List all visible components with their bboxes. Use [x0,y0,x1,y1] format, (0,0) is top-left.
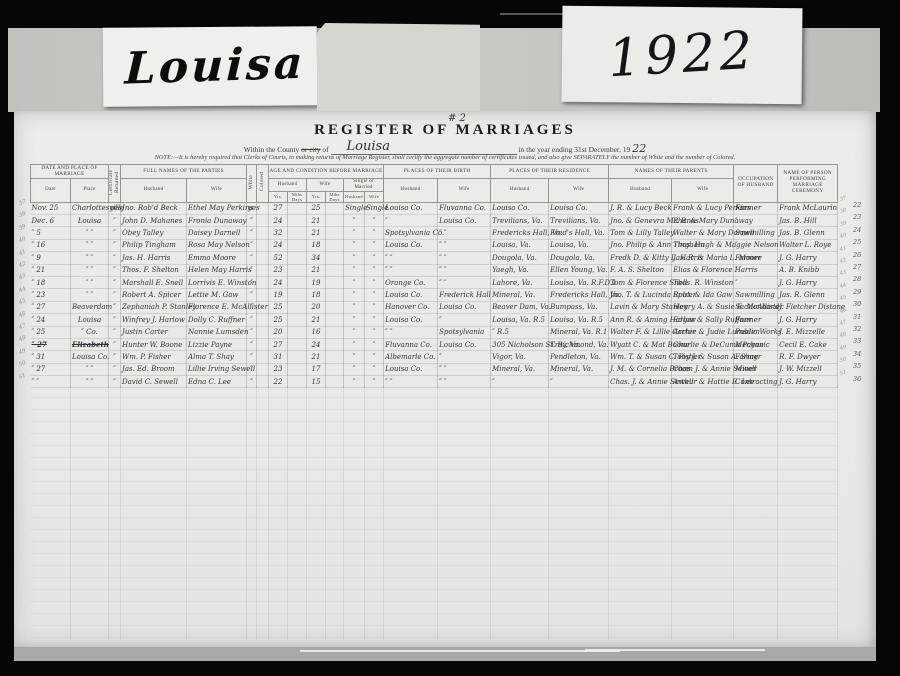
county-tab-label: Louisa [103,26,318,106]
cell-w_yrs: 21 [307,264,326,276]
cell-birth_h: Louisa Co. [384,314,438,326]
cell-single_h: Single [344,202,365,214]
cell-white: ″ [247,227,257,239]
cell-res_h: Beaver Dam, Va. [491,301,549,313]
cell-minister: Frank McLaurin [778,202,838,214]
cell-wife: Lizzie Payne [187,338,247,350]
cell-occupation: Miner [734,363,778,375]
column-rule [733,386,734,640]
cell-cert: ″ [109,252,121,264]
cell-occupation: Mechanic [734,338,778,350]
cell-single_w: ″ [365,227,384,239]
cell-white: ″ [247,338,257,350]
cell-cert: ″ [109,264,121,276]
cell-wife: Ethel May Perkins [187,202,247,214]
cell-par_h: Fredk D. & Kitty L. Harris [609,252,672,264]
cell-h_yrs: 27 [269,338,288,350]
certificate-number: 24 [853,226,861,234]
cell-par_w: Robt. & Ida Gaw [672,289,734,301]
register-row: Nov. 25CharlottesvilleyesJno. Rob'd Beck… [31,202,838,214]
certificate-number: 23 [853,213,861,221]
cell-minister: J. G. Harry [778,314,838,326]
cell-single_h: ″ [344,289,365,301]
cell-res_w: Ellen Young, Va. [549,264,609,276]
column-rule [437,386,438,640]
col-res-husband: Husband [491,179,549,203]
cell-wife: Dolly C. Ruffner [187,314,247,326]
cell-date: ″ 24 [31,314,71,326]
cell-w_yrs: 34 [307,252,326,264]
cell-h_md [288,215,307,227]
cell-cert: ″ [109,215,121,227]
cell-h_md [288,276,307,288]
cell-res_w: Fred's Hall, Va. [549,227,609,239]
cell-single_h: ″ [344,239,365,251]
cell-par_h: Wm. T. & Susan C. Fisher [609,351,672,363]
cell-white: ″ [247,314,257,326]
year-tab-label: 1922 [562,6,803,105]
column-rule [246,386,247,640]
cell-res_h: Yaegh, Va. [491,264,549,276]
col-h-mths-days: Mths Days [288,191,307,202]
year-prefix: in the year ending 31st December, 19 [518,145,630,154]
cell-res_h: Vigor, Va. [491,351,549,363]
cell-birth_w: Spotsylvania [438,326,491,338]
column-rule [120,386,121,640]
year-tab-text: 1922 [606,21,758,90]
cell-res_h: Louisa Co. [491,202,549,214]
cell-w_md [326,252,344,264]
cell-minister: Jas. B. Hill [778,215,838,227]
cell-birth_h: Louisa Co. [384,239,438,251]
cell-birth_h: Louisa Co. [384,289,438,301]
cell-cert: ″ [109,326,121,338]
cell-date: ″ 27 [31,363,71,375]
county-blank-line: Louisa [331,139,517,155]
license-number: 40 [839,232,847,240]
register-row: ″ 9″ ″″Jas. H. HarrisEmma Moore″5234″″″ … [31,252,838,264]
cell-birth_h: ″ ″ [384,326,438,338]
column-rule [186,386,187,640]
register-body: Nov. 25CharlottesvilleyesJno. Rob'd Beck… [31,202,838,388]
cell-par_w: Toby J. & Susan A. Shay [672,351,734,363]
cell-cert: ″ [109,338,121,350]
col-parents-husband: Husband [609,179,672,203]
cell-par_h: J. M. & Cornelia Broom [609,363,672,375]
cell-h_md [288,227,307,239]
cell-par_w: Thos. R. Winston [672,276,734,288]
cell-par_h: Lavin & Mary Stanley [609,301,672,313]
cell-minister: J. E. Mizzelle [778,326,838,338]
group-birth: PLACES OF THEIR BIRTH [384,165,491,179]
cell-h_yrs: 20 [269,326,288,338]
cell-birth_h: Spotsylvania Co. [384,227,438,239]
cell-birth_w: Fluvanna Co. [438,202,491,214]
cell-date: ″ 23 [31,289,71,301]
cell-husband: Wm. P. Fisher [121,351,187,363]
register-row: ″ 25″ Co.″Justin CarterNannie Lumsden″20… [31,326,838,338]
cell-place: ″ ″ [71,276,109,288]
scanned-register-page: Louisa 1922 # 2 REGISTER OF MARRIAGES Wi… [0,0,900,676]
col-single-husband: Husband [344,191,365,202]
cell-w_yrs: 19 [307,276,326,288]
certificate-number: 27 [853,263,861,271]
cell-single_w: ″ [365,264,384,276]
cell-birth_h: Orange Co. [384,276,438,288]
cell-h_yrs: 24 [269,276,288,288]
cell-single_h: ″ [344,314,365,326]
cell-date: ″ 9 [31,252,71,264]
cell-birth_w: ″ ″ [438,363,491,375]
certificate-number: 35 [853,362,861,370]
cell-occupation: Sectionhand [734,301,778,313]
col-age-husband: Husband [269,179,307,192]
cell-wife: Rosa May Nelson [187,239,247,251]
cell-h_yrs: 52 [269,252,288,264]
cell-colored [257,363,269,375]
column-rule [490,386,491,640]
col-wife-name: Wife [187,179,247,203]
cell-birth_h: Albemarle Co. [384,351,438,363]
cell-wife: Daisey Darnell [187,227,247,239]
cell-white: ″ [247,252,257,264]
cell-minister: Jas. R. Glenn [778,289,838,301]
column-rule [777,386,778,640]
cell-cert: ″ [109,289,121,301]
right-margin-number-pair: 5136 [840,372,874,384]
license-number: 42 [839,257,847,265]
blank-ruled-area [30,386,837,640]
cell-h_yrs: 31 [269,351,288,363]
blank-paper-scrap [317,23,480,111]
cell-w_yrs: 17 [307,363,326,375]
col-h-yrs: Yrs. [269,191,288,202]
cell-birth_h: ″ ″ [384,264,438,276]
col-husband-name: Husband [121,179,187,203]
cell-occupation: Farmer [734,314,778,326]
certificate-number: 25 [853,238,861,246]
cell-res_h: Mineral, Va. [491,363,549,375]
cell-res_w: Mineral, Va. R.1 [549,326,609,338]
cell-occupation: Sawmilling [734,227,778,239]
column-rule [364,386,365,640]
cell-par_w: Henry A. & Susie E. McAllister [672,301,734,313]
certificate-number: 34 [853,350,861,358]
cell-w_yrs: 18 [307,239,326,251]
cell-h_md [288,363,307,375]
cell-w_md [326,215,344,227]
cell-colored [257,276,269,288]
cell-colored [257,264,269,276]
cell-res_h: Fredericks Hall, Va. [491,227,549,239]
cell-w_md [326,363,344,375]
cell-date: Nov. 25 [31,202,71,214]
cell-birth_w: Louisa Co. [438,301,491,313]
cell-birth_w: ″ ″ [438,264,491,276]
cell-par_h: Tom & Lilly Talley [609,227,672,239]
group-parents: NAMES OF THEIR PARENTS [609,165,734,179]
cell-res_w: Fredericks Hall, Va. [549,289,609,301]
cell-h_md [288,289,307,301]
cell-w_md [326,202,344,214]
cell-w_md [326,338,344,350]
cell-h_yrs: 24 [269,239,288,251]
register-title: REGISTER OF MARRIAGES [14,122,876,139]
cell-birth_h: Fluvanna Co. [384,338,438,350]
column-rule [108,386,109,640]
cell-wife: Lillie Irving Sewell [187,363,247,375]
cell-h_yrs: 19 [269,289,288,301]
cell-single_w: ″ [365,301,384,313]
group-occupation: OCCUPATION OF HUSBAND [734,165,778,203]
cell-date: ″ 31 [31,351,71,363]
column-rule [70,386,71,640]
certificate-number: 28 [853,275,861,283]
film-scratch [300,650,620,652]
cell-par_h: Jno. Philip & Ann Tingham [609,239,672,251]
cell-place: ″ Co. [71,326,109,338]
register-row: ″ 31Louisa Co.″Wm. P. FisherAlma T. Shay… [31,351,838,363]
column-rule [343,386,344,640]
cell-h_md [288,202,307,214]
register-row: ″ 27″ ″″Jas. Ed. BroomLillie Irving Sewe… [31,363,838,375]
cell-husband: Winfrey J. Harlow [121,314,187,326]
cell-res_h: Mineral, Va. [491,289,549,301]
cell-birth_w: ″ [438,351,491,363]
certificate-number: 26 [853,251,861,259]
cell-w_md [326,351,344,363]
cell-w_md [326,301,344,313]
cell-h_yrs: 23 [269,264,288,276]
cell-single_w: ″ [365,239,384,251]
cell-white: yes [247,202,257,214]
license-number: 38 [839,208,847,216]
cell-par_h: Jno. & Genevra Mahanes [609,215,672,227]
note-line: NOTE:—It is hereby required that Clerks … [14,154,876,161]
cell-res_w: Dougola, Va. [549,252,609,264]
cell-single_h: ″ [344,227,365,239]
cell-colored [257,239,269,251]
cell-wife: Fronia Dunaway [187,215,247,227]
cell-cert: ″ [109,363,121,375]
cell-husband: Jas. Ed. Broom [121,363,187,375]
column-rule [671,386,672,640]
cell-date: ″ 16 [31,239,71,251]
cell-husband: Philip Tingham [121,239,187,251]
cell-place: ″ ″ [71,264,109,276]
column-rule [837,386,838,640]
cell-res_w: Trevilians, Va. [549,215,609,227]
column-rule [268,386,269,640]
cell-single_w: ″ [365,314,384,326]
certificate-number: 30 [853,300,861,308]
within-label: Within the County [244,145,300,154]
group-full-names: FULL NAMES OF THE PARTIES [121,165,247,179]
cell-birth_h: ″ ″ [384,252,438,264]
group-minister: NAME OF PERSON PERFORMING MARRIAGE CEREM… [778,165,838,203]
cell-date: ″ 21 [31,264,71,276]
cell-white: ″ [247,326,257,338]
register-row: Dec. 6Louisa″John D. MahanesFronia Dunaw… [31,215,838,227]
column-rule [548,386,549,640]
cell-par_h: Ann R. & Aming Harlow [609,314,672,326]
col-single-wife: Wife [365,191,384,202]
cell-minister: J. G. Harry [778,252,838,264]
cell-h_md [288,351,307,363]
cell-date: ″ 5 [31,227,71,239]
cell-minister: A. B. Knibb [778,264,838,276]
cell-w_yrs: 21 [307,351,326,363]
of-label: of [322,145,328,154]
cell-w_md [326,239,344,251]
cell-date: ″ 18 [31,276,71,288]
cell-minister: Walter L. Roye [778,239,838,251]
certificate-number: 29 [853,288,861,296]
cell-w_yrs: 21 [307,314,326,326]
county-line: Within the County or city of Louisa in t… [14,139,876,155]
cell-husband: Zephaniah P. Stanley [121,301,187,313]
cell-single_w: Single [365,202,384,214]
cell-single_h: ″ [344,301,365,313]
register-head: DATE AND PLACE OF MARRIAGE Certificate R… [31,165,838,203]
cell-husband: Jno. Rob'd Beck [121,202,187,214]
cell-single_h: ″ [344,363,365,375]
cell-wife: Alma T. Shay [187,351,247,363]
col-w-mths-days: Mths Days [326,191,344,202]
cell-h_yrs: 32 [269,227,288,239]
license-number: 45 [839,294,847,302]
cell-birth_w: Frederick Hall [438,289,491,301]
cell-single_w: ″ [365,338,384,350]
scan-right-border [880,0,900,676]
register-row: ″ 23″ ″″Robert A. SpicerLettie M. Gaw″19… [31,289,838,301]
cell-cert: ″ [109,314,121,326]
cell-colored [257,338,269,350]
certificate-number: 22 [853,201,861,209]
cell-cert: ″ [109,239,121,251]
cell-occupation: Farmer [734,351,778,363]
cell-res_h: Louisa, Va. R.5 [491,314,549,326]
cell-w_md [326,326,344,338]
cell-cert: yes [109,202,121,214]
col-birth-husband: Husband [384,179,438,203]
register-row: ″ 16″ ″″Philip TinghamRosa May Nelson″24… [31,239,838,251]
col-place: Place [71,179,109,203]
col-age-wife: Wife [307,179,344,192]
cell-res_h: Louisa, Va. [491,239,549,251]
certificate-number: 32 [853,325,861,333]
cell-single_h: ″ [344,338,365,350]
register-row: ″ 27Beaverdam″Zephaniah P. StanleyFloren… [31,301,838,313]
register-row: ″ 21″ ″″Thos. F. SheltonHelen May Harris… [31,264,838,276]
cell-single_h: ″ [344,264,365,276]
cell-w_yrs: 25 [307,202,326,214]
cell-w_md [326,264,344,276]
cell-birth_w: Louisa Co. [438,215,491,227]
column-rule [608,386,609,640]
cell-occupation: Sawmilling [734,289,778,301]
cell-single_w: ″ [365,289,384,301]
cell-date: ″ 25 [31,326,71,338]
cell-par_w: Charlie & DeCuma Payne [672,338,734,350]
cell-w_yrs: 18 [307,289,326,301]
group-date-place: DATE AND PLACE OF MARRIAGE [31,165,109,179]
cell-w_md [326,314,344,326]
cell-minister: Cecil E. Cake [778,338,838,350]
cell-date: Dec. 6 [31,215,71,227]
cell-res_h: Trevilians, Va. [491,215,549,227]
col-birth-wife: Wife [438,179,491,203]
cell-single_w: ″ [365,363,384,375]
cell-par_w: Chas. J. & Annie Sewell [672,363,734,375]
cell-wife: Emma Moore [187,252,247,264]
cell-res_h: ″ R.5 [491,326,549,338]
cell-colored [257,314,269,326]
column-rule [287,386,288,640]
cell-single_h: ″ [344,326,365,338]
cell-par_w: Edgar & Sally Ruffner [672,314,734,326]
cell-birth_w: Louisa Co. [438,338,491,350]
or-city-strike: or city [301,145,320,154]
cell-birth_w: ″ ″ [438,239,491,251]
cell-par_w: P. B. & Mary Dunaway [672,215,734,227]
register-row: ″ 18″ ″″Marshall E. SnellLorrivis E. Win… [31,276,838,288]
cell-place: Louisa [71,215,109,227]
cell-place: Beaverdam [71,301,109,313]
cell-res_w: Bumpass, Va. [549,301,609,313]
license-number: 37 [839,195,847,203]
cell-par_w: Thos. Hugh & Maggie Nelson [672,239,734,251]
cell-w_md [326,276,344,288]
cell-place: ″ ″ [71,252,109,264]
cell-husband: Hunter W. Boone [121,338,187,350]
cell-single_w: ″ [365,276,384,288]
cell-husband: Robert A. Spicer [121,289,187,301]
cell-colored [257,326,269,338]
cell-colored [257,227,269,239]
cell-birth_w: ″ ″ [438,276,491,288]
column-rule [325,386,326,640]
cell-w_yrs: 16 [307,326,326,338]
cell-minister: Jas. B. Glenn [778,227,838,239]
cell-w_yrs: 21 [307,215,326,227]
cell-husband: Jas. H. Harris [121,252,187,264]
cell-place: Louisa Co. [71,351,109,363]
group-cert-returned: Certificate Returned [109,165,121,203]
cell-white: ″ [247,215,257,227]
cell-cert: ″ [109,227,121,239]
license-number: 47 [839,319,847,327]
cell-wife: Lettie M. Gaw [187,289,247,301]
cell-occupation: ″ [734,276,778,288]
cell-birth_h: Louisa Co. [384,363,438,375]
cell-h_md [288,326,307,338]
register-row: ″ 24Louisa″Winfrey J. HarlowDolly C. Ruf… [31,314,838,326]
film-scratch [585,649,765,651]
cell-res_w: Louisa, Va. R.F.D.1 [549,276,609,288]
cell-res_h: Dougola, Va. [491,252,549,264]
license-number: 50 [839,356,847,364]
cell-husband: Obey Talley [121,227,187,239]
cell-single_w: ″ [365,215,384,227]
cell-h_yrs: 27 [269,202,288,214]
cell-par_w: Frank & Lucy Perkins [672,202,734,214]
cell-place: Elizabeth [71,338,109,350]
column-rule [256,386,257,640]
group-colored: Colored [257,165,269,203]
cell-occupation: Farmer [734,252,778,264]
cell-wife: Helen May Harris [187,264,247,276]
